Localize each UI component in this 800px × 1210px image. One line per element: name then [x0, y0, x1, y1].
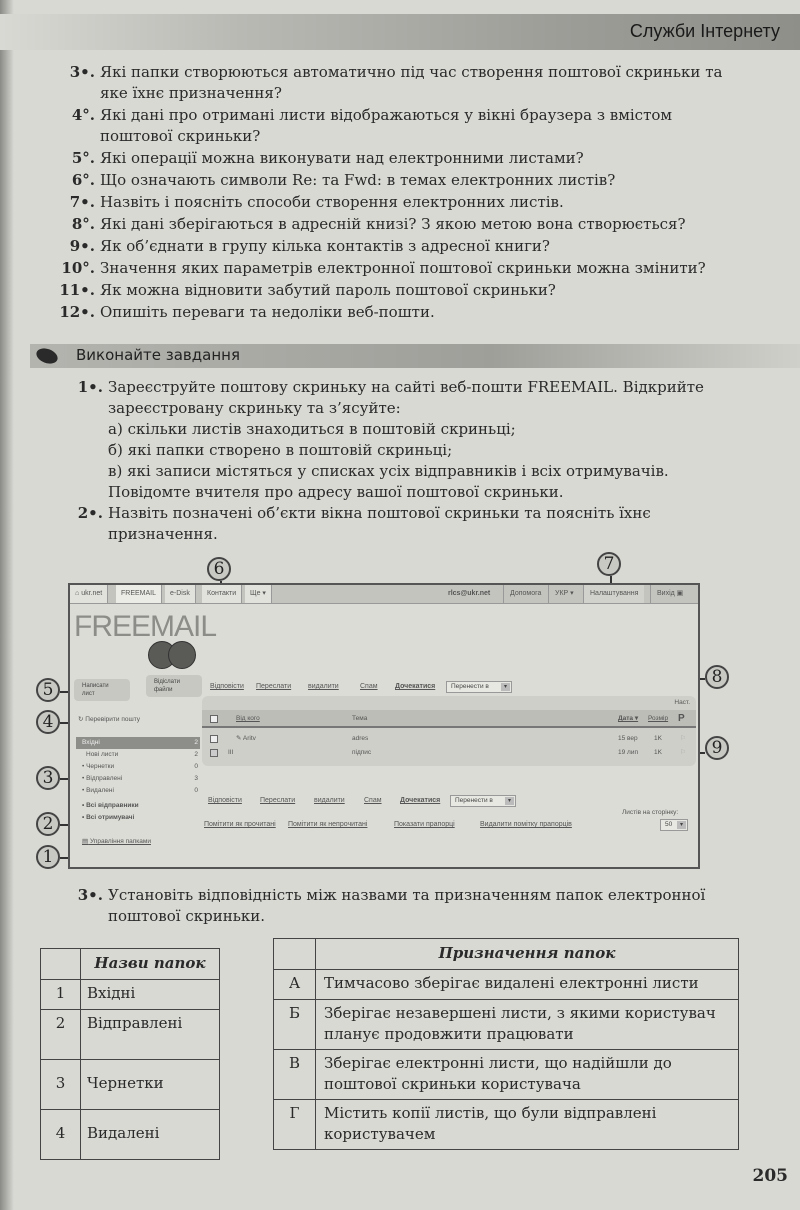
message-size: 1K — [654, 746, 662, 760]
row-letter: В — [274, 1050, 316, 1100]
purpose-cell: Тимчасово зберігає видалені електронні л… — [316, 970, 739, 1000]
question-item: 11•.Як можна відновити забутий пароль по… — [55, 280, 730, 301]
task-number: 2•. — [55, 503, 103, 524]
move-to-select[interactable]: Перенести в▾ — [446, 681, 512, 693]
forward-link[interactable]: Переслати — [256, 683, 291, 690]
column-size[interactable]: Розмір — [648, 710, 668, 728]
page-edge-shadow — [0, 0, 14, 1210]
list-label: Всі відправники — [86, 802, 139, 809]
per-page-label: Листів на сторінку: — [622, 809, 678, 816]
message-checkbox[interactable] — [210, 735, 218, 743]
mail-top-bar: ⌂ ukr.net FREEMAIL e-Disk Контакти Ще ▾ … — [70, 585, 698, 604]
question-text: Які дані зберігаються в адресній книзі? … — [100, 215, 686, 233]
question-number: 9•. — [55, 236, 95, 257]
folder-deleted[interactable]: • Видалені0 — [76, 785, 200, 797]
table-row: ВЗберігає електронні листи, що надійшли … — [274, 1050, 739, 1100]
task-outro: Повідомте вчителя про адресу вашої пошто… — [108, 482, 735, 503]
task-number: 3•. — [55, 885, 103, 906]
row-number: 2 — [41, 1010, 81, 1060]
folder-name-cell: Відправлені — [81, 1010, 220, 1060]
column-subject[interactable]: Тема — [352, 710, 367, 728]
header-empty — [274, 939, 316, 970]
bullet-mouse-icon — [34, 346, 59, 367]
folder-inbox[interactable]: Вхідні2 — [76, 737, 200, 749]
message-size: 1K — [654, 732, 662, 746]
table-row: 2Відправлені — [41, 1010, 220, 1060]
flag-icon[interactable]: ⚐ — [680, 746, 686, 760]
callout-4: 4 — [36, 710, 60, 734]
tab-freemail[interactable]: FREEMAIL — [116, 585, 162, 603]
tag-icon: ✎ Aritv — [236, 732, 256, 746]
folder-drafts[interactable]: • Чернетки0 — [76, 761, 200, 773]
table-row: ГМістить копії листів, що були відправле… — [274, 1100, 739, 1150]
folder-name: Відправлені — [86, 775, 122, 782]
question-item: 4°.Які дані про отримані листи відобража… — [55, 105, 730, 147]
folder-count: 0 — [194, 785, 198, 797]
question-text: Як можна відновити забутий пароль поштов… — [100, 281, 556, 299]
question-text: Які папки створюються автоматично під ча… — [100, 63, 722, 102]
task-list: 1•. Зареєструйте поштову скриньку на сай… — [55, 377, 735, 545]
refresh-icon: ↻ — [78, 716, 83, 723]
message-subject: підпис — [352, 746, 371, 760]
mail-screenshot: ⌂ ukr.net FREEMAIL e-Disk Контакти Ще ▾ … — [68, 583, 700, 869]
tab-ukrnet[interactable]: ⌂ ukr.net — [70, 585, 108, 603]
message-row[interactable]: ІІІ підпис 19 лип 1K ⚐ — [202, 746, 696, 760]
folder-purposes-table: Призначення папок АТимчасово зберігає ви… — [273, 938, 739, 1150]
question-number: 6°. — [55, 170, 95, 191]
move-to-label: Перенести в — [455, 797, 493, 804]
message-date: 15 вер — [618, 732, 638, 746]
message-subject: adres — [352, 732, 368, 746]
delete-link-bottom[interactable]: видалити — [314, 797, 345, 804]
question-text: Як об’єднати в групу кілька контактів з … — [100, 237, 550, 255]
table-row: 3Чернетки — [41, 1060, 220, 1110]
user-email: rlcs@ukr.net — [442, 585, 496, 603]
folder-list: Вхідні2 Нові листи2 • Чернетки0 • Відпра… — [76, 737, 200, 848]
all-senders-link[interactable]: • Всі відправники — [76, 800, 200, 812]
running-title: Служби Інтернету — [630, 21, 780, 42]
question-text: Назвіть і поясніть способи створення еле… — [100, 193, 564, 211]
table-row: АТимчасово зберігає видалені електронні … — [274, 970, 739, 1000]
move-to-select-bottom[interactable]: Перенести в▾ — [450, 795, 516, 807]
table-header: Призначення папок — [316, 939, 739, 970]
folder-name: Вхідні — [82, 739, 100, 746]
folder-count: 2 — [194, 749, 198, 761]
folder-settings-icon: ▤ — [82, 838, 88, 845]
chevron-down-icon: ▾ — [501, 683, 510, 691]
question-text: Які операції можна виконувати над електр… — [100, 149, 584, 167]
task-text: Назвіть позначені об’єкти вікна поштової… — [108, 503, 735, 545]
tab-edisk[interactable]: e-Disk — [165, 585, 196, 603]
settings-link[interactable]: Налаштування — [583, 585, 644, 603]
question-number: 11•. — [55, 280, 95, 301]
folder-name: Чернетки — [86, 763, 114, 770]
row-number: 4 — [41, 1110, 81, 1160]
folder-new[interactable]: Нові листи2 — [76, 749, 200, 761]
question-number: 3•. — [55, 62, 95, 83]
purpose-cell: Містить копії листів, що були відправлен… — [316, 1100, 739, 1150]
callout-6: 6 — [207, 557, 231, 581]
per-page-value: 50 — [665, 821, 672, 828]
question-item: 9•.Як об’єднати в групу кілька контактів… — [55, 236, 730, 257]
row-letter: А — [274, 970, 316, 1000]
language-select[interactable]: УКР ▾ — [548, 585, 580, 603]
folder-names-table: Назви папок 1Вхідні 2Відправлені 3Чернет… — [40, 948, 220, 1160]
table-header: Назви папок — [81, 949, 220, 980]
purpose-cell: Зберігає електронні листи, що надійшли д… — [316, 1050, 739, 1100]
message-from: ІІІ — [228, 746, 233, 760]
tab-contacts[interactable]: Контакти — [202, 585, 242, 603]
task-3: 3•. Установіть відповідність між назвами… — [55, 885, 745, 927]
question-number: 4°. — [55, 105, 95, 126]
settings-short-link[interactable]: Наст. — [674, 699, 690, 706]
freemail-logo: FREEMAIL — [74, 610, 216, 644]
task-subitem: а) скільки листів знаходиться в поштовій… — [108, 419, 735, 440]
question-item: 10°.Значення яких параметрів електронної… — [55, 258, 730, 279]
folder-count: 2 — [194, 737, 198, 749]
check-mail-link[interactable]: ↻ Перевірити пошту — [78, 715, 140, 723]
move-to-label: Перенести в — [451, 683, 489, 690]
question-text: Які дані про отримані листи відображають… — [100, 106, 672, 145]
page-number: 205 — [753, 1166, 789, 1186]
select-all-checkbox[interactable] — [210, 715, 218, 723]
per-page-select[interactable]: 50▾ — [660, 819, 688, 831]
header-empty — [41, 949, 81, 980]
chevron-down-icon: ▾ — [677, 821, 686, 829]
chevron-down-icon: ▾ — [505, 797, 514, 805]
task-1: 1•. Зареєструйте поштову скриньку на сай… — [55, 377, 735, 503]
message-list-header: Від кого Тема Дата ▾ Розмір P — [202, 710, 696, 728]
spam-link-bottom[interactable]: Спам — [364, 797, 382, 804]
more-actions-link-bottom[interactable]: Дочекатися — [400, 797, 440, 804]
reply-link[interactable]: Відповісти — [210, 683, 244, 690]
section-header: Виконайте завдання — [30, 344, 800, 368]
question-number: 12•. — [55, 302, 95, 323]
mark-unread-link[interactable]: Помітити як непрочитані — [288, 821, 367, 828]
question-item: 8°.Які дані зберігаються в адресній книз… — [55, 214, 730, 235]
check-mail-label: Перевірити пошту — [85, 716, 140, 723]
folder-name-cell: Чернетки — [81, 1060, 220, 1110]
forward-link-bottom[interactable]: Переслати — [260, 797, 295, 804]
folder-count: 3 — [194, 773, 198, 785]
column-from[interactable]: Від кого — [236, 710, 260, 728]
logo-coins-icon — [148, 641, 196, 669]
spam-link[interactable]: Спам — [360, 683, 378, 690]
tab-more[interactable]: Ще ▾ — [245, 585, 272, 603]
table-header-row: Назви папок — [41, 949, 220, 980]
message-row[interactable]: ✎ Aritv adres 15 вер 1K ⚐ — [202, 732, 696, 746]
task-intro: Зареєструйте поштову скриньку на сайті в… — [108, 377, 735, 419]
section-title: Виконайте завдання — [76, 346, 240, 364]
exit-icon: ▣ — [677, 590, 684, 597]
row-letter: Б — [274, 1000, 316, 1050]
folder-name-cell: Видалені — [81, 1110, 220, 1160]
question-item: 7•.Назвіть і поясніть способи створення … — [55, 192, 730, 213]
help-link[interactable]: Допомога — [503, 585, 547, 603]
table-header-row: Призначення папок — [274, 939, 739, 970]
question-text: Значення яких параметрів електронної пош… — [100, 259, 706, 277]
folder-sent[interactable]: • Відправлені3 — [76, 773, 200, 785]
task-2: 2•. Назвіть позначені об’єкти вікна пошт… — [55, 503, 735, 545]
question-item: 12•.Опишіть переваги та недоліки веб-пош… — [55, 302, 730, 323]
send-files-button[interactable]: Відіслати файли — [146, 675, 202, 697]
task-subitem: в) які записи містяться у списках усіх в… — [108, 461, 735, 482]
running-head: Служби Інтернету — [0, 14, 800, 50]
question-list: 3•.Які папки створюються автоматично під… — [55, 62, 730, 324]
message-from: Aritv — [243, 735, 256, 742]
delete-link[interactable]: видалити — [308, 683, 339, 690]
task-subitem: б) які папки створено в поштовій скриньц… — [108, 440, 735, 461]
question-item: 6°.Що означають символи Re: та Fwd: в те… — [55, 170, 730, 191]
mark-read-link[interactable]: Помітити як прочитані — [204, 821, 276, 828]
table-row: БЗберігає незавершені листи, з якими кор… — [274, 1000, 739, 1050]
column-date[interactable]: Дата ▾ — [618, 710, 638, 728]
message-list-panel: Наст. Від кого Тема Дата ▾ Розмір P ✎ Ar… — [202, 696, 696, 766]
folder-name: Нові листи — [86, 751, 118, 758]
question-item: 5°.Які операції можна виконувати над еле… — [55, 148, 730, 169]
more-actions-link[interactable]: Дочекатися — [395, 683, 435, 690]
column-flag[interactable]: P — [678, 710, 685, 728]
message-checkbox[interactable] — [210, 749, 218, 757]
callout-7: 7 — [597, 552, 621, 576]
table-row: 1Вхідні — [41, 980, 220, 1010]
row-number: 3 — [41, 1060, 81, 1110]
table-row: 4Видалені — [41, 1110, 220, 1160]
folder-name-cell: Вхідні — [81, 980, 220, 1010]
folder-name: Видалені — [86, 787, 114, 794]
question-item: 3•.Які папки створюються автоматично під… — [55, 62, 730, 104]
write-letter-button[interactable]: Написати лист — [74, 679, 130, 701]
message-date: 19 лип — [618, 746, 638, 760]
all-recipients-link[interactable]: • Всі отримувачі — [76, 812, 200, 824]
callout-1: 1 — [36, 845, 60, 869]
question-text: Що означають символи Re: та Fwd: в темах… — [100, 171, 615, 189]
manage-folders-link[interactable]: ▤ Управління папками — [76, 836, 200, 848]
question-number: 10°. — [55, 258, 95, 279]
callout-8: 8 — [705, 665, 729, 689]
row-number: 1 — [41, 980, 81, 1010]
tab-label: ukr.net — [81, 590, 102, 597]
show-flags-link[interactable]: Показати прапорці — [394, 821, 455, 828]
question-number: 7•. — [55, 192, 95, 213]
callout-5: 5 — [36, 678, 60, 702]
manage-folders-label: Управління папками — [90, 838, 151, 845]
remove-flags-link[interactable]: Видалити помітку прапорців — [480, 821, 572, 828]
task-text: Установіть відповідність між назвами та … — [108, 885, 745, 927]
folder-count: 0 — [194, 761, 198, 773]
flag-icon[interactable]: ⚐ — [680, 732, 686, 746]
logout-label: Вихід — [657, 590, 675, 597]
task-number: 1•. — [55, 377, 103, 398]
logout-link[interactable]: Вихід ▣ — [650, 585, 689, 603]
purpose-cell: Зберігає незавершені листи, з якими кори… — [316, 1000, 739, 1050]
callout-9: 9 — [705, 736, 729, 760]
list-label: Всі отримувачі — [86, 814, 134, 821]
question-number: 8°. — [55, 214, 95, 235]
row-letter: Г — [274, 1100, 316, 1150]
question-text: Опишіть переваги та недоліки веб-пошти. — [100, 303, 435, 321]
callout-3: 3 — [36, 766, 60, 790]
callout-2: 2 — [36, 812, 60, 836]
reply-link-bottom[interactable]: Відповісти — [208, 797, 242, 804]
question-number: 5°. — [55, 148, 95, 169]
